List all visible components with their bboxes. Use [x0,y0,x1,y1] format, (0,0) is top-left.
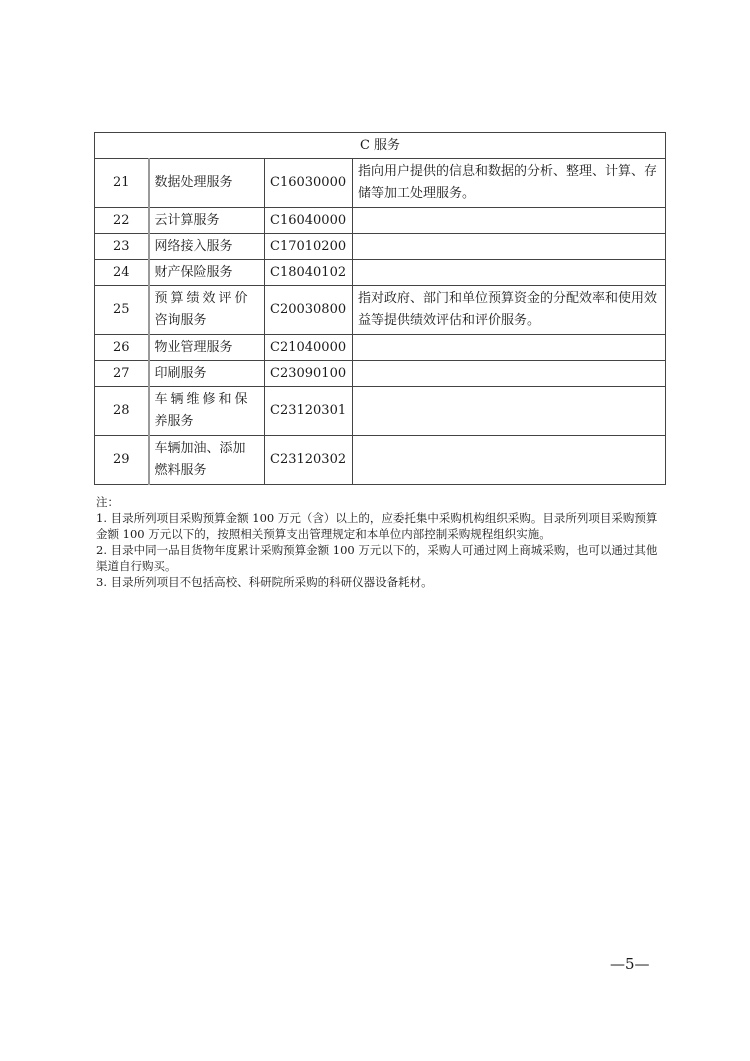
table-row: 23 网络接入服务 C17010200 [95,234,666,260]
item-code: C23120301 [265,387,353,436]
item-code: C16030000 [265,159,353,208]
row-number: 29 [95,436,149,485]
item-name: 云计算服务 [149,208,265,234]
table-row: 25 预算绩效评价 咨询服务 C20030800 指对政府、部门和单位预算资金的… [95,286,666,335]
row-number: 23 [95,234,149,260]
table-row: 27 印刷服务 C23090100 [95,361,666,387]
item-description: 指向用户提供的信息和数据的分析、整理、计算、存储等加工处理服务。 [353,159,666,208]
item-name-line2: 咨询服务 [155,310,260,332]
item-name: 车辆维修和保 养服务 [149,387,265,436]
item-name: 车辆加油、添加 燃料服务 [149,436,265,485]
table-row: 22 云计算服务 C16040000 [95,208,666,234]
note-item-1: 1. 目录所列项目采购预算金额 100 万元（含）以上的，应委托集中采购机构组织… [96,510,664,542]
item-code: C18040102 [265,260,353,286]
note-item-3: 3. 目录所列项目不包括高校、科研院所采购的科研仪器设备耗材。 [96,574,664,590]
item-name-text: 数据处理服务 [155,175,233,190]
item-code: C20030800 [265,286,353,335]
item-name-line2: 养服务 [155,411,260,433]
item-name-line1: 车辆加油、添加 [155,438,260,460]
item-description [353,335,666,361]
item-name-line1: 车辆维修和保 [155,389,260,411]
document-page: C 服务 21 数据处理服务 C16030000 指向用户提供的信息和数据的分析… [0,0,750,1061]
page-number: —5— [610,955,650,973]
procurement-catalog-table: C 服务 21 数据处理服务 C16030000 指向用户提供的信息和数据的分析… [94,132,666,485]
note-item-2: 2. 目录中同一品目货物年度累计采购预算金额 100 万元以下的，采购人可通过网… [96,542,664,574]
section-header-row: C 服务 [95,133,666,159]
item-code: C17010200 [265,234,353,260]
item-name: 印刷服务 [149,361,265,387]
row-number: 22 [95,208,149,234]
row-number: 25 [95,286,149,335]
item-code: C16040000 [265,208,353,234]
item-description [353,208,666,234]
section-header: C 服务 [95,133,666,159]
item-description [353,361,666,387]
item-name: 预算绩效评价 咨询服务 [149,286,265,335]
row-number: 26 [95,335,149,361]
item-code: C21040000 [265,335,353,361]
table-row: 26 物业管理服务 C21040000 [95,335,666,361]
item-description [353,234,666,260]
item-description [353,387,666,436]
table-row: 29 车辆加油、添加 燃料服务 C23120302 [95,436,666,485]
table-row: 24 财产保险服务 C18040102 [95,260,666,286]
row-number: 27 [95,361,149,387]
table-row: 28 车辆维修和保 养服务 C23120301 [95,387,666,436]
item-code: C23090100 [265,361,353,387]
item-description [353,436,666,485]
item-name-line2: 燃料服务 [155,460,260,482]
item-name: 网络接入服务 [149,234,265,260]
row-number: 28 [95,387,149,436]
item-name: 数据处理服务 [149,159,265,208]
item-description: 指对政府、部门和单位预算资金的分配效率和使用效益等提供绩效评估和评价服务。 [353,286,666,335]
item-code: C23120302 [265,436,353,485]
item-name-line1: 预算绩效评价 [155,288,260,310]
item-description [353,260,666,286]
notes-title: 注： [96,494,664,510]
row-number: 21 [95,159,149,208]
notes-section: 注： 1. 目录所列项目采购预算金额 100 万元（含）以上的，应委托集中采购机… [96,494,664,590]
item-name: 物业管理服务 [149,335,265,361]
item-name: 财产保险服务 [149,260,265,286]
table-row: 21 数据处理服务 C16030000 指向用户提供的信息和数据的分析、整理、计… [95,159,666,208]
row-number: 24 [95,260,149,286]
